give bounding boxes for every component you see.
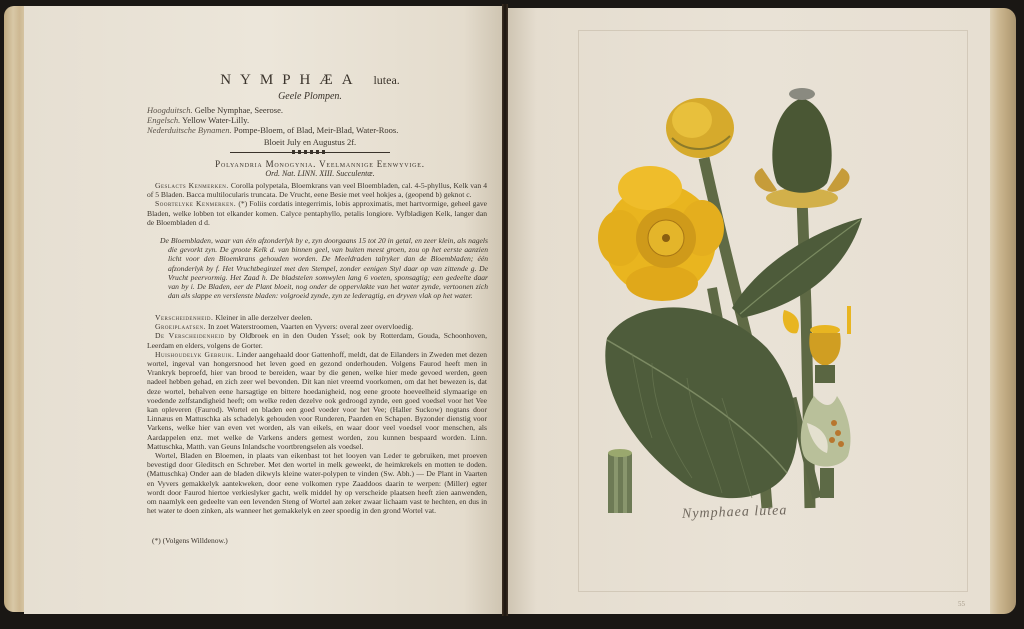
characters-section: Geslacts Kenmerken. Corolla polypetala, … bbox=[147, 181, 487, 227]
flower-bud bbox=[666, 98, 734, 158]
paragraph-habitat: Groeiplaatsen. In zoet Waterstroomen, Va… bbox=[147, 322, 487, 331]
description-paragraph: De Bloembladen, waar van één afzonderlyk… bbox=[160, 236, 488, 300]
fruit-capsule bbox=[754, 88, 849, 208]
paragraph-household-use: Huishoudelyk Gebruik. Linder aangehaald … bbox=[147, 350, 487, 451]
botanical-plate-illustration bbox=[592, 78, 882, 518]
paragraph-variety-locations: De Verscheidenheid by Oldbroek en in den… bbox=[147, 331, 487, 349]
generic-characters: Geslacts Kenmerken. Corolla polypetala, … bbox=[147, 181, 487, 199]
uses-section: Verscheidenheid. Kleiner in alle derzelv… bbox=[147, 313, 487, 515]
specific-characters: Soortelyke Kenmerken. (*) Foliis cordati… bbox=[147, 199, 487, 227]
bloom-period: Bloeit July en Augustus 2f. bbox=[160, 137, 460, 147]
dutch-common-name: Geele Plompen. bbox=[160, 91, 460, 102]
vernacular-english: Engelsch. Yellow Water-Lilly. bbox=[147, 115, 477, 125]
right-page-block-edge bbox=[988, 8, 1016, 614]
large-leaf bbox=[605, 307, 797, 498]
stem-cross-section bbox=[608, 449, 632, 513]
dissected-stamen-parts bbox=[783, 306, 851, 383]
ornamental-divider bbox=[230, 150, 390, 154]
paragraph-variety: Verscheidenheid. Kleiner in alle derzelv… bbox=[147, 313, 487, 322]
vernacular-dutch: Nederduitsche Bynamen. Pompe-Bloem, of B… bbox=[147, 125, 477, 135]
species-title: NYMPHÆA lutea. bbox=[160, 72, 460, 89]
linnaean-classification: Polyandria Monogynia. Veelmannige Eenwyv… bbox=[150, 159, 490, 169]
genus-name: NYMPHÆA bbox=[220, 72, 361, 88]
vernacular-german: Hoogduitsch. Gelbe Nymphae, Seerose. bbox=[147, 105, 477, 115]
natural-order: Ord. Nat. LINN. XIII. Succulentæ. bbox=[150, 169, 490, 178]
open-book: NYMPHÆA lutea. Geele Plompen. Hoogduitsc… bbox=[0, 0, 1024, 629]
paragraph-other-uses: Wortel, Bladen en Bloemen, in plaats van… bbox=[147, 451, 487, 515]
page-mark: 55 bbox=[958, 600, 965, 608]
species-name: lutea. bbox=[373, 73, 399, 87]
vernacular-names: Hoogduitsch. Gelbe Nymphae, Seerose. Eng… bbox=[147, 105, 477, 135]
footnote: (*) (Volgens Willdenow.) bbox=[152, 536, 228, 545]
